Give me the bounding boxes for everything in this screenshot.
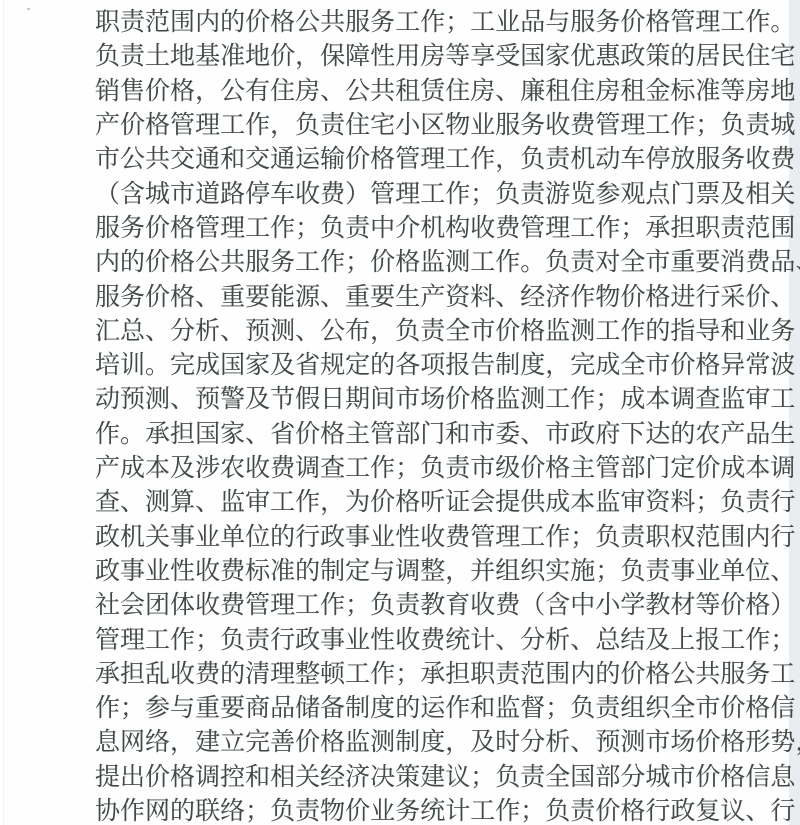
text-line: 培训。完成国家及省规定的各项报告制度，完成全市价格异常波: [95, 346, 746, 380]
text-line: 政事业性收费标准的制定与调整，并组织实施；负责事业单位、: [95, 552, 746, 586]
text-line: 负责土地基准地价，保障性用房等享受国家优惠政策的居民住宅: [95, 37, 746, 71]
text-line: （含城市道路停车收费）管理工作；负责游览参观点门票及相关: [95, 174, 746, 208]
text-line: 承担乱收费的清理整顿工作；承担职责范围内的价格公共服务工: [95, 655, 746, 689]
text-line: 产成本及涉农收费调查工作；负责市级价格主管部门定价成本调: [95, 449, 746, 483]
text-line: 产价格管理工作，负责住宅小区物业服务收费管理工作；负责城: [95, 106, 746, 140]
text-line: 销售价格，公有住房、公共租赁住房、廉租住房租金标准等房地: [95, 72, 746, 106]
scan-speck: [27, 8, 30, 10]
text-line: 政机关事业单位的行政事业性收费管理工作；负责职权范围内行: [95, 517, 746, 551]
text-line: 动预测、预警及节假日期间市场价格监测工作；成本调查监审工: [95, 380, 746, 414]
text-line: 提出价格调控和相关经济决策建议；负责全国部分城市价格信息: [95, 758, 746, 792]
text-line: 查、测算、监审工作，为价格听证会提供成本监审资料；负责行: [95, 483, 746, 517]
text-line: 管理工作；负责行政事业性收费统计、分析、总结及上报工作；: [95, 620, 746, 654]
text-line: 内的价格公共服务工作；价格监测工作。负责对全市重要消费品、: [95, 243, 746, 277]
scan-edge-line-left: [3, 0, 4, 825]
text-line: 作。承担国家、省价格主管部门和市委、市政府下达的农产品生: [95, 415, 746, 449]
document-body-text: 职责范围内的价格公共服务工作；工业品与服务价格管理工作。负责土地基准地价，保障性…: [95, 3, 746, 825]
text-line: 市公共交通和交通运输价格管理工作，负责机动车停放服务收费: [95, 140, 746, 174]
text-line: 汇总、分析、预测、公布，负责全市价格监测工作的指导和业务: [95, 312, 746, 346]
text-line: 服务价格管理工作；负责中介机构收费管理工作；承担职责范围: [95, 209, 746, 243]
text-line: 服务价格、重要能源、重要生产资料、经济作物价格进行采价、: [95, 277, 746, 311]
text-line: 协作网的联络；负责物价业务统计工作；负责价格行政复议、行: [95, 792, 746, 825]
text-line: 社会团体收费管理工作；负责教育收费（含中小学教材等价格）: [95, 586, 746, 620]
text-line: 息网络，建立完善价格监测制度，及时分析、预测市场价格形势，: [95, 723, 746, 757]
text-line: 作；参与重要商品储备制度的运作和监督；负责组织全市价格信: [95, 689, 746, 723]
text-line: 职责范围内的价格公共服务工作；工业品与服务价格管理工作。: [95, 3, 746, 37]
document-page: 职责范围内的价格公共服务工作；工业品与服务价格管理工作。负责土地基准地价，保障性…: [0, 0, 800, 825]
